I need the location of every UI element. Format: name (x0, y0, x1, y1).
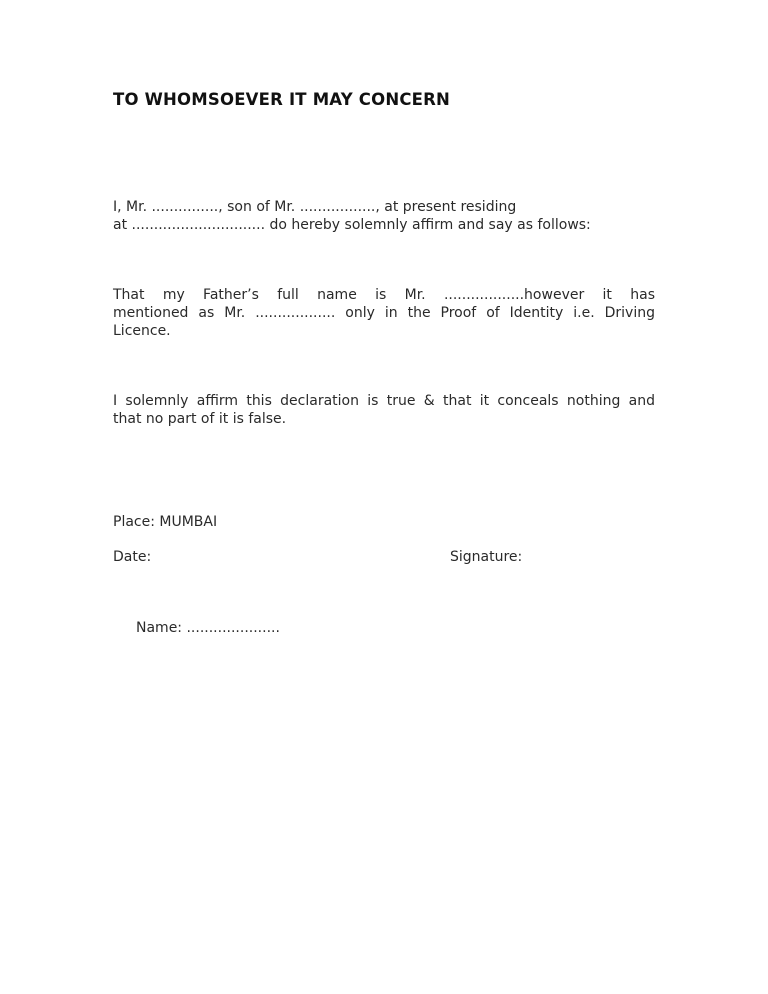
document-page: TO WHOMSOEVER IT MAY CONCERN I, Mr. ....… (0, 0, 768, 994)
signature-field: Signature: (450, 549, 522, 565)
document-title: TO WHOMSOEVER IT MAY CONCERN (113, 90, 450, 109)
declaration-paragraph: I solemnly affirm this declaration is tr… (113, 392, 655, 428)
paragraph-line: mentioned as Mr. .................. only… (113, 304, 655, 322)
paragraph-line: that no part of it is false. (113, 410, 655, 428)
paragraph-line: That my Father’s full name is Mr. ......… (113, 286, 655, 304)
affirmation-intro-paragraph: I, Mr. ..............., son of Mr. .....… (113, 198, 655, 234)
paragraph-line: at .............................. do her… (113, 216, 655, 234)
place-field: Place: MUMBAI (113, 514, 217, 530)
paragraph-line: I, Mr. ..............., son of Mr. .....… (113, 198, 655, 216)
paragraph-line: I solemnly affirm this declaration is tr… (113, 392, 655, 410)
paragraph-line: Licence. (113, 322, 655, 340)
father-name-paragraph: That my Father’s full name is Mr. ......… (113, 286, 655, 340)
name-field: Name: ..................... (136, 620, 280, 636)
date-field: Date: (113, 549, 151, 565)
